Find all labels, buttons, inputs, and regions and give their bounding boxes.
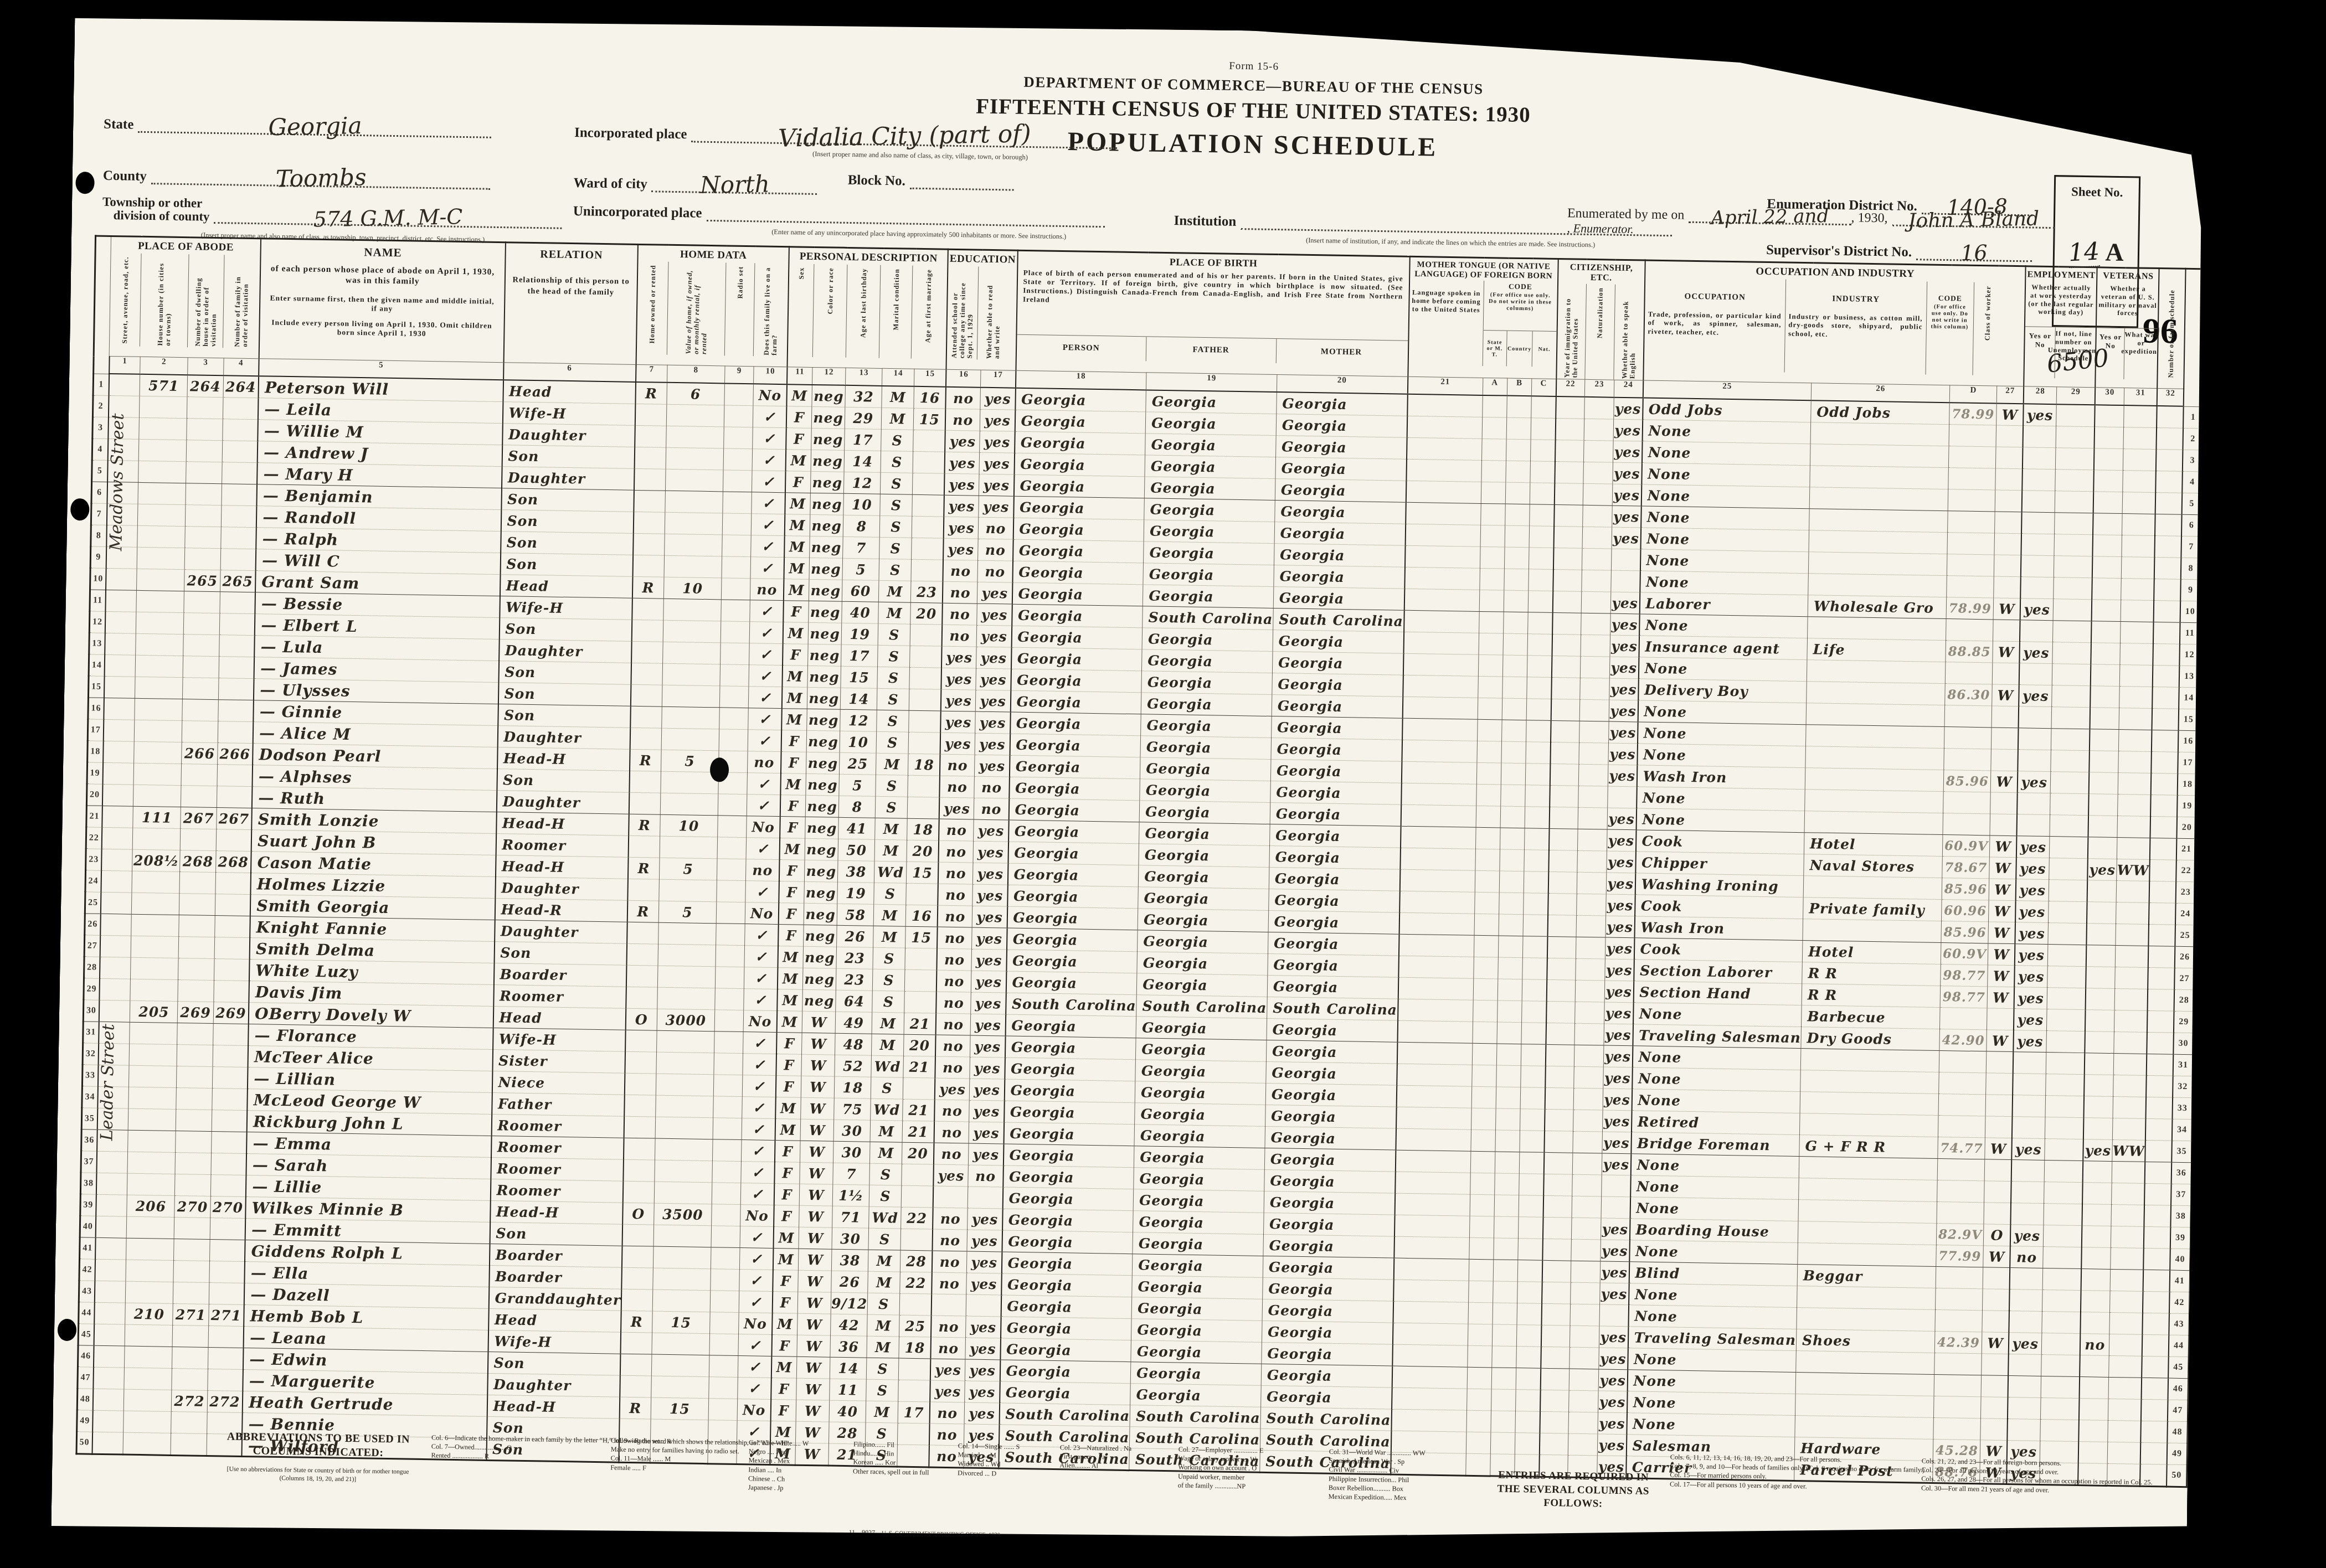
cell-ca bbox=[1479, 568, 1504, 590]
cell-nat bbox=[1574, 1023, 1604, 1045]
cell-war bbox=[2113, 1096, 2147, 1118]
cell-sch: no bbox=[933, 1229, 968, 1251]
cell-fs bbox=[2155, 536, 2181, 558]
cell-bpm: Georgia bbox=[1266, 1061, 1397, 1085]
cell-own bbox=[631, 663, 662, 685]
cell-ind: Wholesale Gro bbox=[1808, 595, 1947, 619]
cell-farm: No bbox=[737, 1399, 771, 1421]
group-employment: EMPLOYMENT Whether actually at work yest… bbox=[2024, 266, 2097, 388]
cell-ind: Dry Goods bbox=[1801, 1027, 1940, 1051]
cell-vet bbox=[2092, 578, 2122, 600]
place-of-abode-title: PLACE OF ABODE bbox=[111, 237, 260, 255]
cell-val bbox=[661, 728, 719, 751]
cell-imm bbox=[1552, 591, 1582, 613]
cell-imm bbox=[1555, 418, 1584, 440]
cell-dw bbox=[183, 656, 219, 678]
cell-cd bbox=[1935, 1309, 1983, 1332]
cell-lnR: 40 bbox=[2170, 1249, 2190, 1271]
cell-imm bbox=[1541, 1325, 1570, 1347]
cell-occ: Cook bbox=[1635, 895, 1804, 919]
cell-cb bbox=[1495, 1130, 1520, 1152]
cell-val bbox=[658, 922, 716, 945]
cell-eng: yes bbox=[1602, 1153, 1631, 1175]
cell-nat bbox=[1582, 570, 1611, 592]
cell-nat bbox=[1569, 1369, 1598, 1391]
cell-sex: M bbox=[780, 838, 805, 860]
cell-house bbox=[130, 1022, 178, 1044]
cell-bpf: Georgia bbox=[1145, 455, 1275, 479]
cell-sch: no bbox=[936, 992, 971, 1014]
cell-race: W bbox=[799, 1184, 833, 1206]
cell-eng: yes bbox=[1613, 441, 1642, 463]
cell-cd: 60.96 bbox=[1942, 900, 1989, 922]
unincorporated-label: Unincorporated place bbox=[573, 204, 707, 221]
cell-cls bbox=[1995, 468, 2023, 491]
cell-fs bbox=[2147, 1010, 2174, 1033]
cell-age: 19 bbox=[841, 623, 878, 645]
cell-cc bbox=[1517, 1260, 1542, 1282]
cell-agem: 15 bbox=[907, 862, 939, 884]
cell-age: 26 bbox=[831, 1271, 868, 1293]
cell-vet bbox=[2081, 1269, 2111, 1291]
cell-agem bbox=[907, 797, 939, 819]
form-number: Form 15-6 bbox=[1171, 59, 1337, 74]
cell-lnR: 25 bbox=[2175, 925, 2195, 947]
cell-val bbox=[653, 1246, 711, 1269]
cell-dw: 271 bbox=[173, 1303, 209, 1325]
cell-rel: Niece bbox=[492, 1071, 625, 1095]
cell-mar: S bbox=[873, 969, 905, 991]
cell-imm bbox=[1543, 1174, 1573, 1196]
cell-sex: M bbox=[782, 687, 807, 709]
cell-cb bbox=[1495, 1108, 1520, 1131]
cell-own: R bbox=[621, 1311, 652, 1333]
cell-rel: Son bbox=[501, 510, 634, 534]
cell-dw: 264 bbox=[188, 375, 224, 398]
cell-imm bbox=[1551, 656, 1581, 678]
cell-val: 5 bbox=[659, 858, 717, 880]
cell-imm bbox=[1548, 850, 1578, 872]
cell-ca bbox=[1468, 1324, 1493, 1346]
cell-war bbox=[2123, 427, 2157, 450]
cell-ca bbox=[1482, 395, 1507, 417]
cell-val bbox=[663, 620, 721, 643]
cell-bpf: South Carolina bbox=[1136, 995, 1267, 1019]
cell-ind: R R bbox=[1802, 984, 1941, 1008]
colnum: 24 bbox=[1614, 380, 1643, 398]
cell-age: 58 bbox=[837, 904, 874, 926]
cell-cb bbox=[1496, 1065, 1521, 1087]
cell-bpf: Georgia bbox=[1132, 1276, 1263, 1299]
cell-farm: ✓ bbox=[749, 622, 783, 644]
cell-race: W bbox=[802, 1033, 836, 1055]
cell-bpp: Georgia bbox=[1000, 1360, 1131, 1384]
printing-office-line: 11—9027 U. S. GOVERNMENT PRINTING OFFICE… bbox=[848, 1528, 1000, 1539]
cell-agem: 23 bbox=[911, 581, 943, 603]
cell-sch: no bbox=[938, 862, 973, 884]
cell-age: 11 bbox=[830, 1379, 867, 1401]
cell-vet bbox=[2088, 837, 2117, 859]
cell-unl bbox=[2047, 988, 2086, 1010]
cell-sch: no bbox=[945, 409, 980, 431]
cell-cls: W bbox=[1982, 1332, 2009, 1354]
cell-occ: None bbox=[1630, 1175, 1799, 1200]
cell-mar: S bbox=[876, 796, 908, 818]
cell-name: — Ella bbox=[245, 1262, 490, 1287]
cell-ind bbox=[1797, 1308, 1936, 1332]
cell-name: McTeer Alice bbox=[248, 1046, 493, 1071]
cell-nat bbox=[1571, 1261, 1601, 1283]
cell-radio bbox=[717, 880, 746, 902]
occupation-title: OCCUPATION bbox=[1645, 291, 1785, 303]
cell-radio bbox=[712, 1161, 742, 1183]
cell-name: White Luzy bbox=[249, 960, 494, 985]
footer-line: Rented .................. R bbox=[431, 1451, 597, 1463]
cell-rel: Daughter bbox=[487, 1373, 620, 1397]
cell-nat bbox=[1574, 1045, 1604, 1067]
cell-vet: yes bbox=[2083, 1139, 2113, 1162]
name-title: NAME bbox=[267, 244, 500, 261]
cell-dw bbox=[185, 548, 221, 570]
cell-sex: M bbox=[781, 709, 807, 731]
cell-race: neg bbox=[805, 795, 839, 817]
cell-sex: F bbox=[785, 471, 811, 493]
cell-agem bbox=[908, 775, 940, 797]
cell-name: — Randoll bbox=[256, 506, 501, 532]
cell-sex: F bbox=[776, 1033, 802, 1055]
cell-vet bbox=[2093, 492, 2123, 514]
place-of-birth-sub: Place of birth of each person enumerated… bbox=[1017, 267, 1409, 341]
cell-bpf: Georgia bbox=[1145, 412, 1276, 436]
cell-ca bbox=[1468, 1281, 1493, 1303]
cell-own bbox=[622, 1246, 653, 1268]
cell-ind: Odd Jobs bbox=[1811, 400, 1950, 424]
group-place-of-abode: PLACE OF ABODE Street, avenue, road, etc… bbox=[109, 236, 261, 358]
cell-emp bbox=[2013, 1074, 2046, 1096]
cell-vet bbox=[2092, 556, 2122, 579]
cell-eng bbox=[1599, 1304, 1629, 1327]
cell-lang bbox=[1404, 545, 1480, 568]
cell-lang bbox=[1392, 1366, 1467, 1389]
cell-war bbox=[2115, 967, 2149, 989]
cell-radio bbox=[718, 794, 747, 816]
cell-ca bbox=[1467, 1367, 1492, 1389]
cell-cb bbox=[1500, 828, 1525, 850]
cell-cls bbox=[1993, 620, 2020, 642]
cell-mar: M bbox=[870, 1142, 902, 1164]
cell-sex: M bbox=[778, 946, 803, 968]
cell-farm: ✓ bbox=[745, 924, 779, 946]
mother-tongue-title: MOTHER TONGUE (OR NATIVE LANGUAGE) OF FO… bbox=[1410, 257, 1558, 282]
colnum: 25 bbox=[1643, 380, 1811, 400]
cell-lnR: 45 bbox=[2168, 1356, 2189, 1379]
cell-cb bbox=[1502, 677, 1527, 699]
cell-nat bbox=[1578, 807, 1607, 829]
cell-ca bbox=[1468, 1302, 1493, 1324]
cell-lnL: 42 bbox=[79, 1259, 95, 1281]
cell-lnR: 42 bbox=[2169, 1292, 2190, 1314]
cell-sch: no bbox=[943, 560, 978, 582]
cell-bpm: Georgia bbox=[1262, 1321, 1393, 1344]
cell-cd: 78.99 bbox=[1949, 403, 1997, 425]
cell-radio bbox=[709, 1334, 739, 1356]
cell-cc bbox=[1526, 720, 1551, 742]
cell-fs bbox=[2156, 471, 2183, 493]
cell-bpp: Georgia bbox=[1011, 669, 1142, 693]
cell-sex: M bbox=[786, 384, 812, 406]
cell-name: Hemb Bob L bbox=[244, 1304, 488, 1330]
cell-street bbox=[101, 892, 132, 914]
cell-emp: yes bbox=[2014, 987, 2047, 1009]
cell-unl bbox=[2051, 729, 2090, 751]
institution-note: (Insert name of institution, if any, and… bbox=[1234, 235, 1666, 250]
cell-mar: S bbox=[877, 710, 909, 732]
cell-val bbox=[661, 706, 719, 729]
cell-bpf: Georgia bbox=[1143, 585, 1273, 608]
cell-cd: 88.85 bbox=[1946, 641, 1993, 663]
cell-ca bbox=[1471, 1086, 1496, 1108]
state-value: Georgia bbox=[268, 115, 362, 138]
cell-eng: yes bbox=[1601, 1218, 1630, 1240]
cell-emp: yes bbox=[2014, 1030, 2047, 1053]
cell-rw: no bbox=[968, 1165, 1003, 1187]
cell-ca bbox=[1473, 957, 1498, 979]
cell-age: 1½ bbox=[832, 1184, 869, 1206]
abbr-col-14: Col. 14—Single ...... SMarried .... MWid… bbox=[957, 1441, 1047, 1503]
cell-house bbox=[129, 1044, 177, 1066]
cell-race: neg bbox=[811, 450, 845, 472]
cell-rw: yes bbox=[971, 1014, 1006, 1036]
cell-agem: 21 bbox=[903, 1099, 935, 1121]
cell-own bbox=[634, 468, 666, 491]
cell-ca bbox=[1481, 482, 1506, 504]
cell-lnR: 50 bbox=[2167, 1464, 2187, 1487]
cell-bpf: Georgia bbox=[1136, 973, 1267, 997]
cell-eng: yes bbox=[1610, 635, 1639, 657]
cell-nat bbox=[1577, 872, 1607, 894]
cell-cc bbox=[1525, 764, 1550, 786]
cell-war bbox=[2116, 924, 2149, 946]
mother-col-label: MOTHER bbox=[1276, 339, 1407, 365]
cell-cd: 78.67 bbox=[1942, 857, 1990, 879]
cell-ind: Naval Stores bbox=[1804, 854, 1943, 878]
cell-farm: no bbox=[746, 859, 780, 881]
cell-radio bbox=[720, 664, 749, 687]
cell-ind bbox=[1809, 530, 1948, 554]
cell-bpf: Georgia bbox=[1144, 498, 1275, 522]
cell-nat bbox=[1573, 1131, 1602, 1153]
cell-rw: yes bbox=[968, 1208, 1002, 1230]
cell-mar: S bbox=[874, 883, 906, 905]
cell-ind bbox=[1810, 444, 1949, 468]
cell-ind bbox=[1807, 660, 1946, 684]
cell-cd bbox=[1937, 1201, 1984, 1224]
cell-house bbox=[137, 525, 186, 548]
cell-sch: yes bbox=[945, 452, 980, 474]
cell-cb bbox=[1502, 698, 1527, 720]
cell-age: 18 bbox=[834, 1076, 871, 1098]
cell-cls: W bbox=[1991, 771, 2018, 793]
cell-occ: Cook bbox=[1635, 830, 1804, 854]
cell-emp: no bbox=[2010, 1246, 2043, 1268]
code-d-title: CODE bbox=[1927, 293, 1973, 303]
cell-cd: 42.90 bbox=[1939, 1029, 1987, 1051]
cell-occ: Traveling Salesman bbox=[1633, 1024, 1802, 1049]
institution-label: Institution bbox=[1174, 213, 1241, 230]
industry-sub: Industry or business, as cotton mill, dr… bbox=[1785, 311, 1926, 342]
cell-age: 7 bbox=[833, 1163, 870, 1185]
cell-war bbox=[2119, 665, 2153, 687]
farm-col-label: Does this family live on a farm? bbox=[763, 264, 780, 357]
education-title: EDUCATION bbox=[949, 250, 1017, 267]
cell-war bbox=[2114, 1031, 2148, 1054]
cell-dw bbox=[178, 958, 214, 981]
cell-cls: W bbox=[1985, 1138, 2012, 1160]
cell-rw: yes bbox=[972, 884, 1007, 906]
cell-agem bbox=[909, 667, 941, 689]
cell-lang bbox=[1399, 912, 1474, 935]
cell-lnR: 6 bbox=[2181, 514, 2202, 537]
cell-farm: ✓ bbox=[753, 427, 786, 450]
cell-fam bbox=[213, 1045, 249, 1067]
cell-unl bbox=[2044, 1182, 2083, 1204]
incorporated-place-label: Incorporated place bbox=[574, 125, 692, 142]
cell-cc bbox=[1529, 526, 1554, 548]
cell-lnL: 37 bbox=[81, 1151, 97, 1173]
cell-eng: yes bbox=[1613, 462, 1642, 484]
cell-nat bbox=[1573, 1110, 1603, 1132]
cell-lnL: 1 bbox=[93, 374, 109, 396]
cell-lang bbox=[1393, 1301, 1468, 1324]
cell-imm bbox=[1551, 699, 1580, 721]
cell-war bbox=[2121, 579, 2155, 601]
language-col-label: Language spoken in home before coming to… bbox=[1409, 280, 1484, 316]
cell-eng: yes bbox=[1610, 613, 1639, 636]
cell-house bbox=[131, 914, 179, 936]
cell-emp bbox=[2017, 793, 2050, 815]
cell-emp: yes bbox=[2015, 901, 2049, 923]
cell-bpf: Georgia bbox=[1131, 1297, 1262, 1321]
cell-val: 15 bbox=[651, 1397, 709, 1420]
cell-mar: S bbox=[872, 991, 904, 1013]
cell-fam bbox=[218, 700, 254, 722]
cell-agem: 18 bbox=[907, 818, 939, 840]
cell-radio bbox=[716, 945, 745, 967]
cell-war bbox=[2114, 988, 2148, 1010]
cell-race: neg bbox=[804, 925, 837, 947]
cell-agem bbox=[908, 732, 940, 754]
cell-name: — Willie M bbox=[258, 420, 503, 445]
cell-lnL: 36 bbox=[81, 1129, 97, 1151]
industry-title: INDUSTRY bbox=[1785, 293, 1926, 305]
cell-ind: Private family bbox=[1803, 898, 1942, 921]
ward-field: Ward of city North bbox=[573, 168, 817, 195]
cell-lnR: 37 bbox=[2171, 1184, 2191, 1206]
cell-agem: 22 bbox=[900, 1272, 932, 1294]
cell-sch: yes bbox=[934, 1164, 969, 1187]
cell-ca bbox=[1474, 892, 1499, 914]
marital-col-label: Marital condition bbox=[892, 265, 900, 331]
cell-lnR: 7 bbox=[2181, 536, 2201, 558]
cell-dw bbox=[181, 764, 217, 786]
cell-eng: yes bbox=[1607, 829, 1636, 852]
cell-war bbox=[2122, 514, 2156, 536]
cell-own bbox=[625, 1030, 657, 1052]
cell-sch: no bbox=[936, 1013, 971, 1035]
cell-street bbox=[105, 590, 137, 612]
cell-bpp: Georgia bbox=[1012, 582, 1143, 606]
cell-rw: yes bbox=[979, 496, 1013, 518]
cell-lnR: 23 bbox=[2176, 881, 2196, 904]
cell-bpm: Georgia bbox=[1271, 716, 1402, 740]
cell-dw bbox=[187, 397, 223, 419]
cell-own: R bbox=[629, 814, 660, 836]
cell-lnL: 20 bbox=[86, 784, 102, 806]
cell-house bbox=[128, 1130, 176, 1152]
cell-vet bbox=[2088, 816, 2118, 838]
cell-cd bbox=[1948, 468, 1996, 490]
cell-bpm: Georgia bbox=[1266, 1040, 1397, 1064]
cell-cc bbox=[1531, 396, 1556, 418]
cell-own bbox=[630, 706, 662, 728]
cell-agem bbox=[910, 646, 942, 668]
cell-ind bbox=[1795, 1394, 1934, 1418]
township-field: Township or other division of county 574… bbox=[102, 195, 562, 229]
cell-sch: no bbox=[935, 1056, 970, 1079]
cell-rw: yes bbox=[975, 755, 1010, 777]
cell-fs bbox=[2148, 946, 2175, 968]
cell-eng: yes bbox=[1598, 1412, 1627, 1435]
cell-occ: None bbox=[1630, 1154, 1799, 1178]
cell-ca bbox=[1479, 590, 1504, 612]
cell-farm: ✓ bbox=[744, 946, 778, 968]
cell-name: Suart John B bbox=[251, 830, 496, 855]
cell-fam bbox=[211, 1153, 247, 1175]
cell-lnL: 47 bbox=[78, 1367, 94, 1389]
cell-dw bbox=[184, 591, 220, 613]
cell-cc bbox=[1522, 979, 1547, 1002]
cell-lnR: 2 bbox=[2183, 428, 2203, 450]
cell-imm bbox=[1540, 1411, 1569, 1433]
cell-street bbox=[94, 1324, 125, 1346]
cell-sex: F bbox=[780, 817, 805, 839]
cell-name: — Ruth bbox=[252, 787, 497, 812]
enumeration-year: , 1930, bbox=[1851, 211, 1892, 226]
abbr-col-23: Col. 23—Naturalized . NaFirst papers .. … bbox=[1059, 1443, 1165, 1504]
cell-fam bbox=[222, 484, 258, 506]
cell-occ: None bbox=[1641, 506, 1810, 530]
cell-occ: Blind bbox=[1629, 1262, 1798, 1286]
cell-cls bbox=[1996, 425, 2023, 447]
cell-unl bbox=[2052, 642, 2092, 664]
cell-cd bbox=[1938, 1116, 1986, 1138]
cell-fs bbox=[2152, 730, 2178, 752]
cell-name: Grant Sam bbox=[255, 571, 500, 596]
cell-bpm: Georgia bbox=[1261, 1364, 1392, 1388]
footer-line: Japanese . Jp bbox=[748, 1483, 840, 1493]
cell-emp bbox=[2020, 620, 2053, 642]
cell-eng: yes bbox=[1612, 506, 1641, 528]
cell-bpp: Georgia bbox=[1003, 1165, 1134, 1189]
cell-bpp: Georgia bbox=[1008, 842, 1139, 865]
cell-cc bbox=[1519, 1195, 1543, 1218]
cell-cd: 86.30 bbox=[1945, 684, 1993, 706]
colnum: 16 bbox=[946, 369, 981, 387]
cell-agem: 17 bbox=[898, 1401, 930, 1423]
cell-cd bbox=[1947, 533, 1995, 555]
cell-val: 6 bbox=[667, 383, 725, 405]
cell-lnR: 34 bbox=[2172, 1119, 2193, 1141]
